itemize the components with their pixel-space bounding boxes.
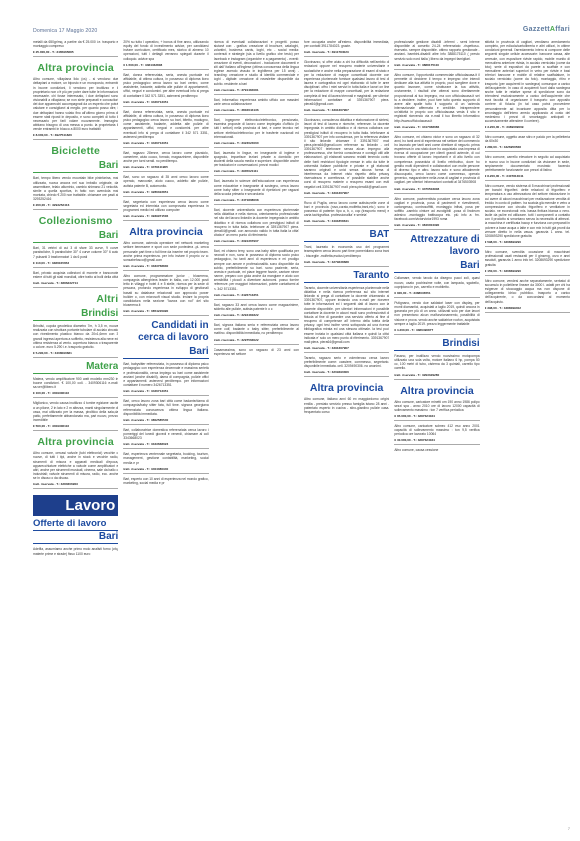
ad-price: € 40.000,00 - T.: 3287324024: [394, 438, 479, 445]
location-heading: Brindisi: [33, 308, 118, 321]
ad-price: tratt. riservata - T.: 3888175110: [394, 63, 479, 70]
column-4: fore occupata anche all'estero. disponib…: [304, 40, 389, 830]
ad-text: Altro comune, programmatore junior , blu…: [123, 274, 208, 307]
ad-price: tratt. riservata - T.: 3802644136: [214, 108, 299, 115]
ad-text: Fasano, per inutilizzo vendo nuovissimo …: [394, 354, 479, 371]
ad-price: tratt. riservata - T.: 3280306903: [33, 482, 118, 489]
ad-text: Bari, ragazzo 33 anni cerca lavoro come …: [214, 303, 299, 311]
ad-text: Putignano, vendo due saldatori laser con…: [394, 301, 479, 326]
section-heading: Altra provincia: [33, 62, 118, 74]
ad-text: Altro comune, vendo sistema di 5 macchin…: [485, 184, 570, 238]
ad-text: Altro comune, carrello elevatore in segu…: [485, 155, 570, 172]
ad-text: Altro comune, pavimentista posatore cerc…: [394, 197, 479, 222]
issue-date: Domenica 17 Maggio 2020: [33, 28, 97, 34]
ad-text: 20% su tutto l operativo, + bonus di fin…: [123, 40, 208, 61]
category-banner: Lavoro: [33, 495, 118, 516]
ad-text: Altro comune, mi chiamo victor e sono un…: [394, 135, 479, 185]
section-heading: Altra provincia: [123, 226, 208, 238]
ad-text: Altro comune, italiano anni 60 ex maggio…: [304, 397, 389, 414]
location-heading: Bari: [394, 260, 479, 273]
ad-text: Bari, 31 vetrini di cui 3 di sfare 33 cu…: [33, 246, 118, 258]
ad-price: tratt. riservata - T.: 3426713351: [123, 141, 208, 148]
ad-price: € 500,00 - T.: 3409306116: [33, 424, 118, 431]
ad-price: € 8.000,00 - T.: 3927541820: [33, 133, 118, 140]
ad-text: Altro comune, caricatore solmec 412 eso …: [394, 424, 479, 436]
ad-text: Collamare, vendo tavolo da disegno pucci…: [394, 276, 479, 288]
section-heading: Attrezzature di lavoro: [394, 234, 479, 258]
ad-price: tratt. riservata - T.: 3426713351: [123, 389, 208, 396]
ad-text: Altro comune, l'opportunità commerciale …: [394, 73, 479, 123]
ad-price: € 300,00 - T.: 3388036551: [394, 291, 479, 298]
section-heading: Altri: [33, 293, 118, 305]
category-subheading: Offerte di lavoro: [33, 516, 118, 531]
ad-text: Taranto, docente universitaria esperienz…: [304, 286, 389, 344]
ad-price: € 35.000,00 - T.: 3287324024: [394, 414, 479, 421]
location-heading: Matera: [33, 361, 118, 374]
ad-text: Casamassima, sono un ragazzo di 23 anni …: [214, 348, 299, 356]
section-heading: Collezionismo: [33, 215, 118, 227]
ad-text: Altro comune, cercasi valvole (tubi elet…: [33, 451, 118, 480]
ad-price: tratt. riservata - T.: 3471808008: [214, 198, 299, 205]
ad-text: Bari, laureata in scienze dell'educazion…: [214, 179, 299, 196]
ad-text: Bari, ingegnere elettronico/elettronico,…: [214, 118, 299, 139]
ad-price: tratt. riservata - T.: 3209490306: [304, 370, 389, 377]
ad-text: Bari, ragazzo 28enne, cerca lavoro come …: [123, 151, 208, 163]
ad-text: Bari, mi chiamo terry, sono una baby sit…: [214, 249, 299, 291]
ad-price: tratt. riservata - T.: 3426713351: [123, 100, 208, 107]
ad-text: Giovinazzo, si offre aiuto a chi ha diff…: [304, 60, 389, 106]
ad-price: tratt. riservata - T.: 3391367907: [304, 191, 389, 198]
column-6: attività in provincia di cagliari, vendi…: [485, 40, 570, 830]
ad-text: metalli da 650gr/mq, a partire da € 25.0…: [33, 40, 118, 48]
masthead-logo[interactable]: GazzettAffari: [523, 26, 570, 33]
ad-price: € 280,00 - T.: 3426950568: [485, 145, 570, 152]
ad-price: tratt. riservata - T.: 3293329280: [394, 373, 479, 380]
ad-text: Miglionico, vendo causa inutilizzo 4 tom…: [33, 401, 118, 422]
ad-price: tratt. riservata - T.: 3479111905: [123, 165, 208, 172]
ad-text: Bari, donna referenziata, seria, onesta …: [123, 110, 208, 139]
ad-text: Altro comune, azienda operatore nel netw…: [123, 241, 208, 262]
ad-price: tratt. riservata - T.: 3886232714: [33, 281, 118, 288]
ad-price: tratt. riservata - T.: 3286022851: [123, 190, 208, 197]
location-heading: Bari: [123, 346, 208, 359]
column-3: ricerca di eventuali collaborazioni e pr…: [214, 40, 299, 830]
column-5: professionale gestione disabili -infermi…: [394, 40, 479, 830]
page-number: 7: [568, 826, 570, 831]
ad-text: Altro comune, causa cessione: [394, 448, 479, 452]
ad-text: Altro comune, caricatore minetti om 190 …: [394, 400, 479, 412]
ad-price: tratt. riservata - T.: 3391367907: [304, 346, 389, 353]
ad-price: tratt. riservata - T.: 3391367907: [304, 108, 389, 115]
ad-price: tratt. riservata - T.: 3404080340: [123, 467, 208, 474]
ad-text: Bari, laureata in lingue, ex insegnante …: [214, 151, 299, 168]
ad-text: Bari, esperienza ventennale segretaria, …: [123, 452, 208, 464]
ad-text: Bari, esperto con 10 anni di esperienza …: [123, 477, 208, 485]
ad-price: € 25.000,00 - T.: 3465965685: [33, 50, 118, 57]
column-2: 20% su tutto l operativo, + bonus di fin…: [123, 40, 208, 830]
ad-text: Adelfia, assumiamo anche primo molo anal…: [33, 547, 118, 555]
ad-price: € 100,00 - T.: 3409306116: [33, 391, 118, 398]
location-heading: Brindisi: [394, 338, 479, 351]
ad-text: Bari, cerco lavoro zona bari città come …: [123, 399, 208, 416]
ad-text: Giovinazzo, consulenza didattica e elabo…: [304, 118, 389, 189]
location-heading: BAT: [304, 229, 389, 242]
ad-price: € 8.200,00 - T.: 3407813041: [485, 174, 570, 181]
ad-price: tratt. riservata - T.: 3297563022: [214, 338, 299, 345]
ad-price: € 200,00 - T.: 3293252416: [33, 203, 118, 210]
ad-price: tratt. riservata - T.: 3333768830: [123, 264, 208, 271]
ad-text: attività in provincia di cagliari, vendi…: [485, 40, 570, 123]
logo-text: Gazzett: [523, 26, 550, 33]
ad-price: € 1.500,00 - T.: 3484462808: [123, 63, 208, 70]
ad-text: fore occupata anche all'estero. disponib…: [304, 40, 389, 48]
logo-text-tail: ffari: [555, 26, 570, 33]
ad-price: tratt. riservata - T.: 3476503908: [394, 187, 479, 194]
ad-price: tratt. riservata - T.: 3343668023: [123, 442, 208, 449]
ad-price: tratt. riservata - T.: 3935021111: [214, 169, 299, 176]
location-heading: Taranto: [304, 270, 389, 283]
ad-price: tratt. riservata - T.: 3846004390: [394, 223, 479, 230]
ad-text: Altro comune, villapiana lido (cs) - si …: [33, 77, 118, 131]
ad-text: Trani, laureato in economia uso dei prog…: [304, 245, 389, 257]
ad-text: Bari, informatico esperienza ambito uffi…: [214, 98, 299, 106]
ad-price: € 5.290,00 - T.: 3408090681: [33, 351, 118, 358]
ad-price: € 150,00 - T.: 3208693290: [485, 269, 570, 276]
ad-price: tratt. riservata - T.: 3911784023: [304, 50, 389, 57]
ad-text: Bari, privato acquista collezioni di mon…: [33, 271, 118, 279]
ad-text: professionale gestione disabili -infermi…: [394, 40, 479, 61]
ad-price: tratt. riservata - T.: 3323024060: [214, 141, 299, 148]
ad-text: Bari, donna referenziata, seria, onesta …: [123, 73, 208, 98]
section-heading: Altra provincia: [33, 436, 118, 448]
section-heading: Biciclette: [33, 145, 118, 157]
location-heading: Bari: [33, 531, 118, 544]
ad-text: Altro comune, svendita occasione di macc…: [485, 250, 570, 267]
ad-price: tratt. riservata - T.: 0854220990: [123, 309, 208, 316]
location-heading: Bari: [33, 160, 118, 173]
ad-price: € 110,00 - T.: 3386045653: [33, 261, 118, 268]
ad-text: Matera, vendo amplificatore 900 watt mod…: [33, 377, 118, 389]
section-heading: Altra provincia: [394, 385, 479, 397]
ad-text: Altro comune, vendesi anche separatament…: [485, 279, 570, 304]
ad-price: € 398,00 - T.: 3488099402: [485, 306, 570, 313]
ad-price: tratt. riservata - T.: 3391367907: [214, 239, 299, 246]
location-heading: Bari: [33, 230, 118, 243]
ad-text: Bari, signora italiana seria e referenzi…: [214, 323, 299, 335]
ad-text: Bari, sono un ragazzo di 35 anni cerco l…: [123, 175, 208, 187]
ad-price: tratt. riservata - T.: 3294481822: [214, 313, 299, 320]
ad-price: € 3.200,00 - T.: 3389009009: [485, 125, 570, 132]
ad-text: Bari, tempo libero vendo mountain bike p…: [33, 176, 118, 201]
ad-price: tratt. riservata - T.: 3791484081: [214, 88, 299, 95]
ad-text: Bari, docente universitaria con esperien…: [214, 208, 299, 237]
section-heading: Candidati in cerca di lavoro: [123, 320, 208, 344]
ad-text: Taranto, ragazzo serio e volenteroso cer…: [304, 356, 389, 368]
ad-text: Brindisi, cupola geodetica diametro 7m, …: [33, 324, 118, 349]
ad-text: Altro comune, oggetto asse stiro e paiol…: [485, 135, 570, 143]
section-heading: Altra provincia: [304, 382, 389, 394]
ad-price: € 4.200,00 - T.: 3386490877: [394, 328, 479, 335]
classifieds-grid: metalli da 650gr/mq, a partire da € 25.0…: [33, 40, 570, 830]
ad-price: tratt. riservata - T.: 3279238688: [304, 260, 389, 267]
ad-price: tratt. riservata - T.: 3802585540: [123, 418, 208, 425]
ad-text: Ruvo di Puglia, cerco lavoro come autist…: [304, 201, 389, 218]
ad-price: tratt. riservata - T.: 3491858641: [304, 219, 389, 226]
ad-text: Bari, segretaria con esperienza cerca la…: [123, 200, 208, 212]
ad-price: tratt. riservata - T.: 3939971506: [123, 214, 208, 221]
ad-price: tratt. riservata - T.: 3417368086: [394, 125, 479, 132]
ad-price: € 598,00 - T.: 3208693290: [485, 240, 570, 247]
ad-text: ricerca di eventuali collaborazioni e pr…: [214, 40, 299, 86]
ad-price: tratt. riservata - T.: 3426713351: [214, 293, 299, 300]
ad-text: Bari, babysitter referenziata, in posses…: [123, 362, 208, 387]
column-1: metalli da 650gr/mq, a partire da € 25.0…: [33, 40, 118, 830]
ad-text: Bari, collaboratrice domestica referenzi…: [123, 428, 208, 440]
